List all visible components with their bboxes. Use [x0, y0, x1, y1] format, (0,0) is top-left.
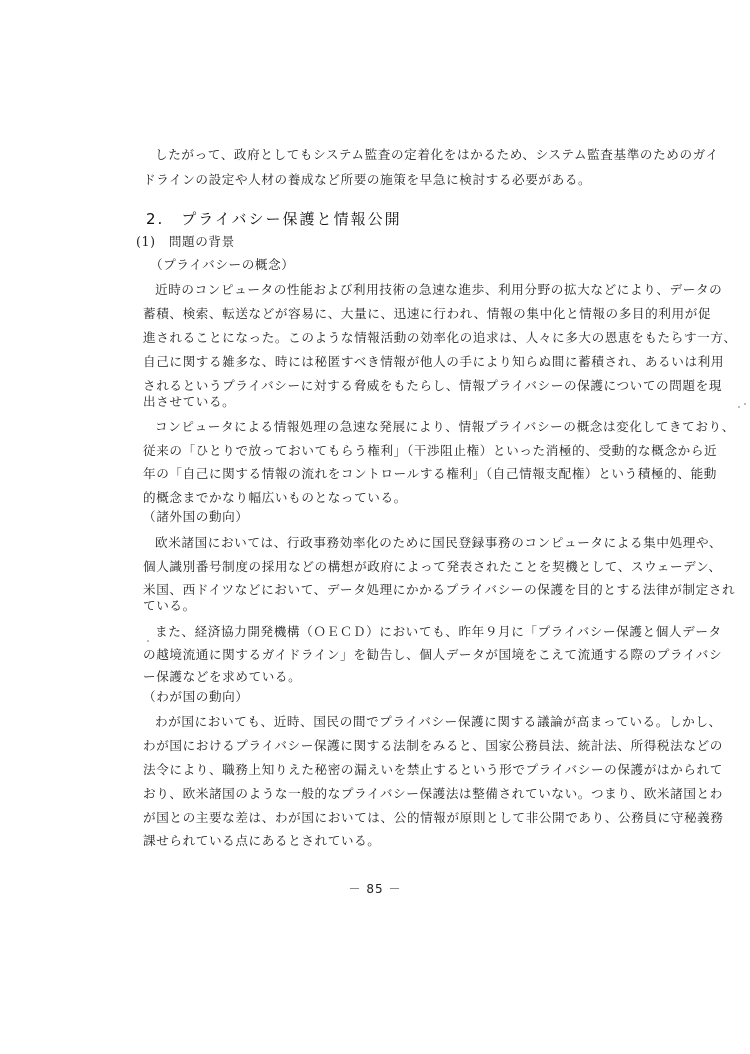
body-line: 近時のコンピュータの性能および利用技術の急速な進歩、利用分野の拡大などにより、デ…: [155, 282, 631, 298]
body-line: の越境流通に関するガイドライン」を勧告し、個人データが国境をこえて流通する際のプ…: [143, 647, 631, 663]
topic-heading-foreign: （諸外国の動向）: [143, 509, 631, 525]
intro-line: ドラインの設定や人材の養成など所要の施策を早急に検討する必要がある。: [143, 172, 631, 188]
body-line: また、経済協力開発機構（ＯＥＣＤ）においても、昨年９月に「プライバシー保護と個人…: [155, 624, 631, 640]
scan-speck: [685, 335, 687, 337]
scanned-document-page: したがって、政府としてもシステム監査の定着化をはかるため、システム監査基準のため…: [0, 0, 750, 1054]
subsection-heading: (1) 問題の背景: [136, 234, 624, 250]
body-line: 米国、西ドイツなどにおいて、データ処理にかかるプライバシーの保護を目的とする法律…: [143, 582, 631, 598]
body-line: わが国においても、近時、国民の間でプライバシー保護に関する議論が高まっている。し…: [155, 714, 631, 730]
scan-speck: [147, 640, 149, 642]
body-line: ている。: [143, 598, 631, 614]
body-line: 欧米諸国においては、行政事務効率化のために国民登録事務のコンピュータによる集中処…: [155, 535, 631, 551]
body-line: 出させている。: [143, 394, 631, 410]
body-line: コンピュータによる情報処理の急速な発展により、情報プライバシーの概念は変化してき…: [155, 419, 631, 435]
scan-speck: [673, 331, 675, 333]
body-line: 年の「自己に関する情報の流れをコントロールする権利」（自己情報支配権）という積極…: [143, 466, 631, 482]
scan-speck: [744, 403, 746, 405]
scan-speck: [738, 406, 740, 408]
body-line: 蓄積、検索、転送などが容易に、大量に、迅速に行われ、情報の集中化と情報の多目的利…: [143, 306, 631, 322]
body-line: 法令により、職務上知りえた秘密の漏えいを禁止するという形でプライバシーの保護がは…: [143, 762, 631, 778]
body-line: 従来の「ひとりで放っておいてもらう権利」（干渉阻止権）といった消極的、受動的な概…: [143, 443, 631, 459]
scan-speck: [713, 360, 715, 362]
topic-heading-concept: （プライバシーの概念）: [150, 257, 638, 273]
body-line: 的概念までかなり幅広いものとなっている。: [143, 490, 631, 506]
intro-line: したがって、政府としてもシステム監査の定着化をはかるため、システム監査基準のため…: [155, 147, 631, 163]
body-line: 課せられている点にあるとされている。: [143, 833, 631, 849]
body-line: されるというプライバシーに対する脅威をもたらし、情報プライバシーの保護についての…: [143, 378, 631, 394]
body-line: が国との主要な差は、わが国においては、公的情報が原則として非公開であり、公務員に…: [143, 810, 631, 826]
body-line: 個人識別番号制度の採用などの構想が政府によって発表されたことを契機として、スウェ…: [143, 559, 631, 575]
body-line: 進されることになった。このような情報活動の効率化の追求は、人々に多大の恩恵をもた…: [143, 330, 631, 346]
body-line: おり、欧米諸国のような一般的なプライバシー保護法は整備されていない。つまり、欧米…: [143, 786, 631, 802]
body-line: わが国におけるプライバシー保護に関する法制をみると、国家公務員法、統計法、所得税…: [143, 738, 631, 754]
body-line: 自己に関する雑多な、時には秘匿すべき情報が他人の手により知らぬ間に蓄積され、ある…: [143, 354, 631, 370]
page-number: － 85 －: [0, 880, 750, 897]
section-heading: 2. プライバシー保護と情報公開: [146, 211, 634, 227]
topic-heading-domestic: （わが国の動向）: [143, 689, 631, 705]
body-line: ー保護などを求めている。: [143, 669, 631, 685]
